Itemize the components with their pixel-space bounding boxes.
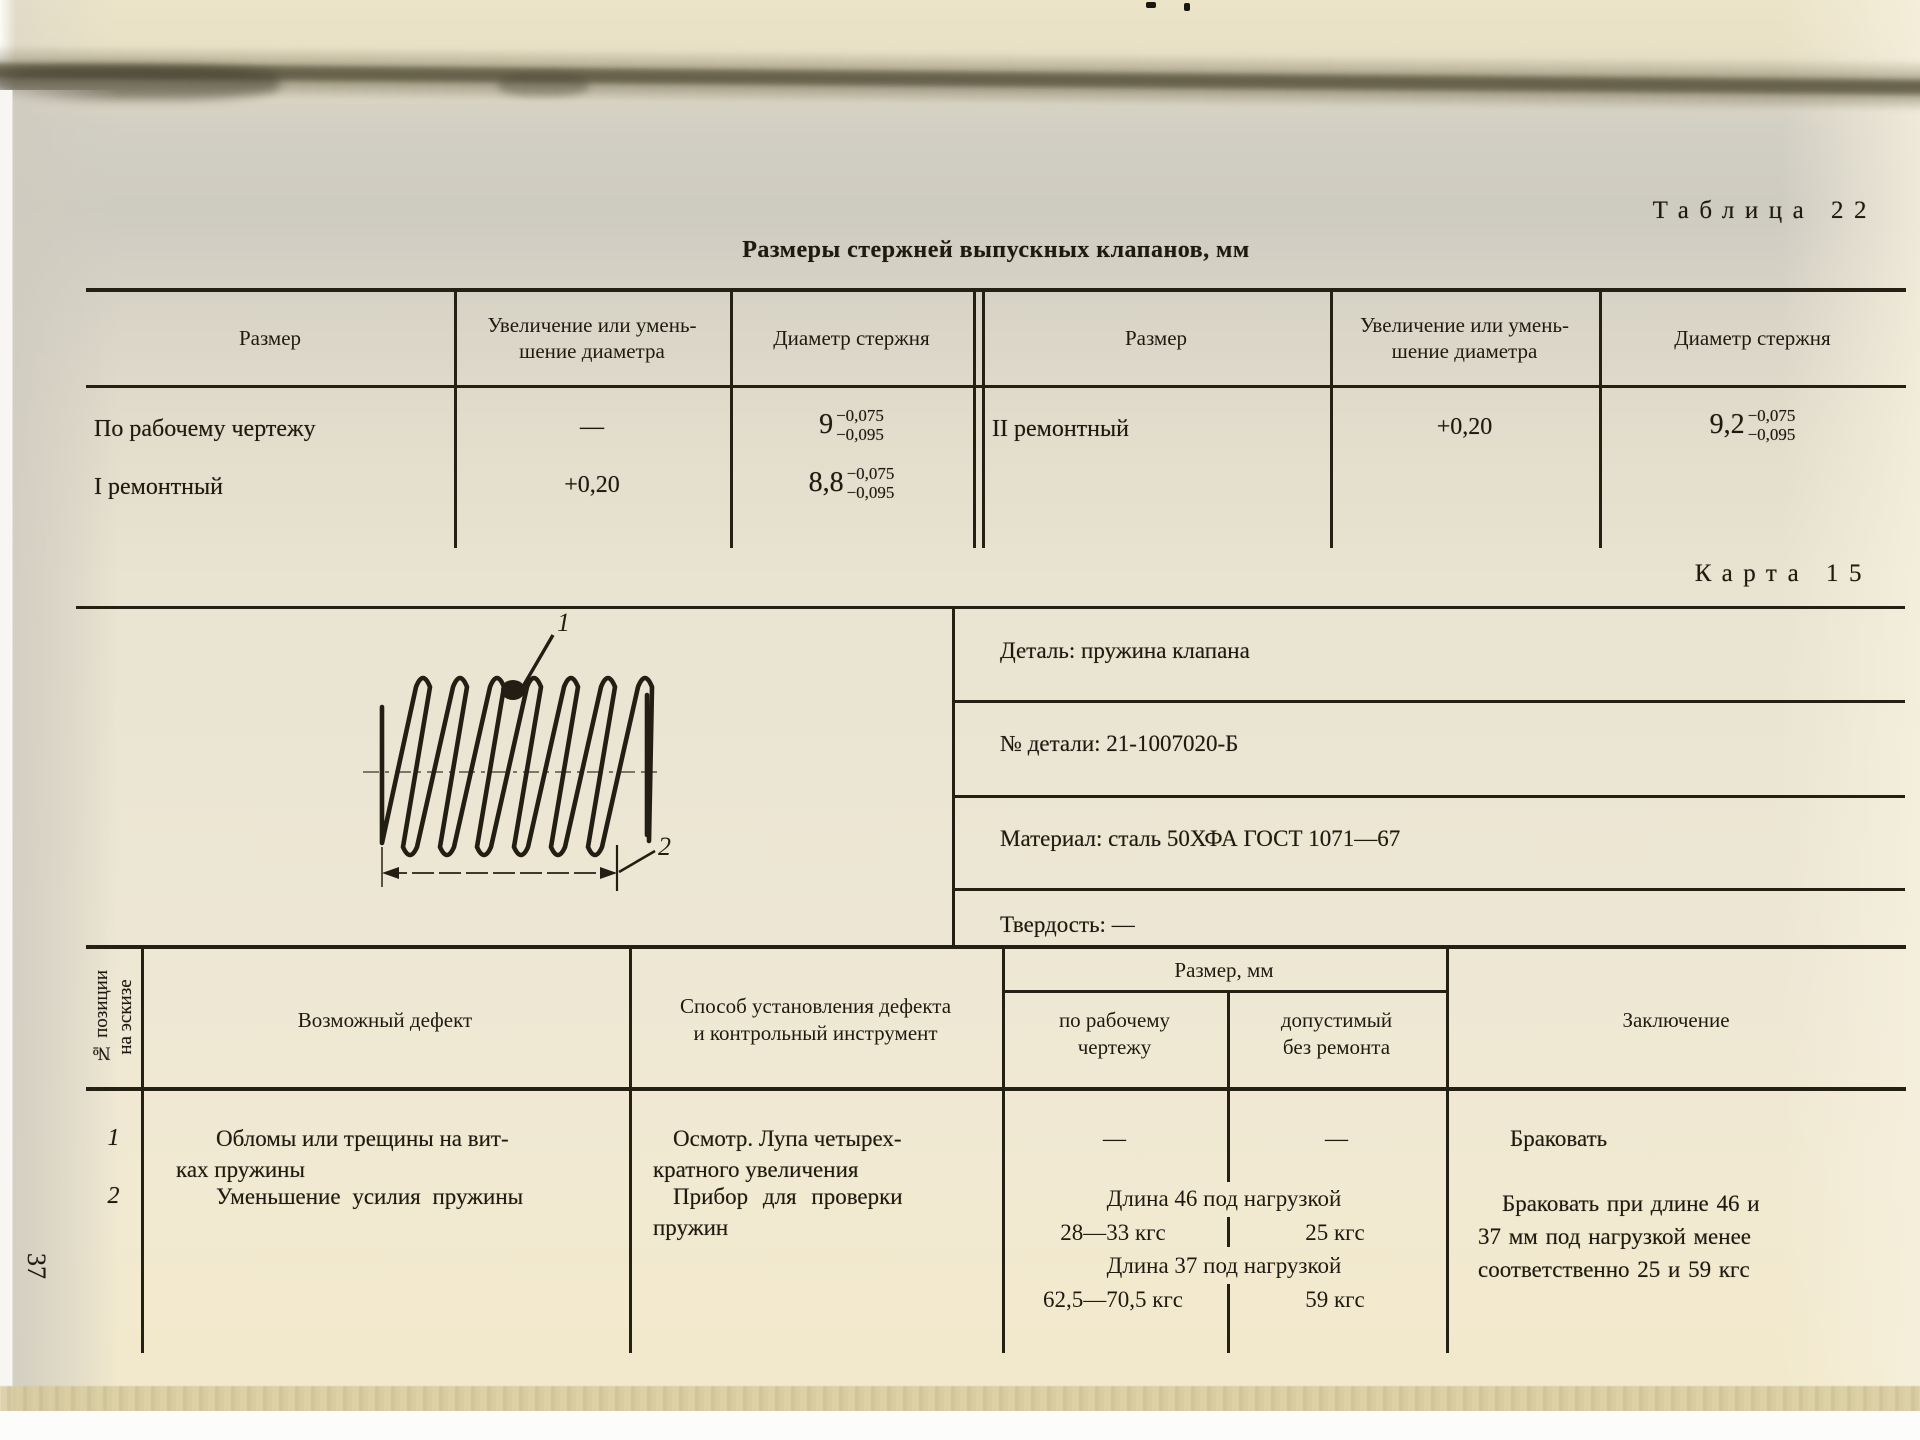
tolerance-lower: −0,095 [836,425,884,444]
table-22-caption: Таблица 22 [1653,197,1877,225]
dim-arrow-right [600,867,617,879]
position-1-leader [518,635,553,695]
valve-spring-sketch: 1 2 [325,595,725,895]
scanned-page: 37 Таблица 22 Размеры стержней выпускных… [0,0,1920,1440]
row-size-name: По рабочему чертежу [94,416,316,443]
table-22-header-rule [86,385,1906,388]
row-size-measurements: Длина 46 под нагрузкой 28—33 кгс25 кгс Д… [1002,1182,1446,1316]
tolerance-lower: −0,095 [847,483,895,502]
tolerance-lower: −0,095 [1748,425,1796,444]
diameter-base: 9 [819,409,833,441]
spring-coil-path [382,678,652,855]
col-header-position-label: № позиции на эскизе [90,970,138,1064]
karta-panel-rule [952,795,1905,798]
row-size-allowed: — [1227,1123,1446,1154]
table-22-top-rule [86,288,1906,292]
size-line-left: 28—33 кгс [1002,1217,1224,1248]
size-line-text: Длина 37 под нагрузкой [1002,1250,1446,1281]
karta-hardness-row: Твердость: — [1000,912,1135,938]
detail-label: Деталь: [1000,638,1075,663]
size-line: Длина 37 под нагрузкой [1002,1249,1446,1283]
size-line-right: 59 кгс [1224,1284,1446,1315]
dim-arrow-left [382,867,399,879]
col-header-delta: Увеличение или умень- шение диаметра [454,293,730,383]
col-header-size-allowed: допустимый без ремонта [1227,1007,1446,1061]
scan-speck [1146,2,1156,8]
col-header-size: Размер [86,293,454,383]
row-method: Прибор для проверки пружин [653,1181,998,1243]
size-line-text: Длина 46 под нагрузкой [1002,1183,1446,1214]
row-diameter: 9,2−0,075−0,095 [1599,406,1906,444]
hardness-label: Твердость: [1000,912,1106,937]
row-conclusion: Браковать [1510,1123,1900,1154]
row-defect: Уменьшение усилия пружины [176,1181,631,1212]
karta-panel-rule [952,700,1905,703]
table-22-title: Размеры стержней выпускных клапанов, мм [86,237,1906,264]
table-22-grid-line [973,292,976,548]
col-header-diameter: Диаметр стержня [730,293,973,383]
col-header-method: Способ установления дефекта и контрольны… [629,993,1002,1047]
size-line: 62,5—70,5 кгс59 кгс [1002,1283,1446,1317]
row-method: Осмотр. Лупа четырех- кратного увеличени… [653,1123,998,1185]
position-2-leader [619,851,655,872]
col-header-position: № позиции на эскизе [86,951,142,1083]
sketch-label-2: 2 [658,832,671,861]
material-label: Материал: [1000,826,1102,851]
tolerance-upper: −0,075 [836,406,884,425]
karta-material-row: Материал: сталь 50ХФА ГОСТ 1071—67 [1000,826,1400,852]
hardness-value: — [1112,912,1135,937]
defect-table-top-rule [86,945,1906,949]
row-delta: +0,20 [1330,414,1599,441]
col-header-size-drawing: по рабочему чертежу [1002,1007,1227,1061]
row-defect: Обломы или трещины на вит- ках пружины [176,1123,626,1185]
scan-speck [1184,3,1190,11]
karta-detail-row: Деталь: пружина клапана [1000,638,1250,664]
row-position: 2 [86,1181,141,1212]
page-number: 37 [21,1253,51,1313]
defect-table: № позиции на эскизе Возможный дефект Спо… [86,945,1906,1355]
row-size-name: II ремонтный [992,416,1129,443]
detail-value: пружина клапана [1081,638,1250,663]
row-position: 1 [86,1123,141,1154]
row-diameter: 9−0,075−0,095 [730,406,973,444]
size-line: 28—33 кгс25 кгс [1002,1216,1446,1250]
size-line-right: 25 кгс [1224,1217,1446,1248]
part-no-value: 21-1007020-Б [1106,731,1238,756]
col-header-conclusion: Заключение [1446,1007,1906,1034]
size-subheader-rule [1002,990,1446,993]
table-22: Размер Увеличение или умень- шение диаме… [86,288,1906,550]
row-diameter: 8,8−0,075−0,095 [730,464,973,502]
size-line: Длина 46 под нагрузкой [1002,1182,1446,1216]
row-delta: +0,20 [454,472,730,499]
page-edge-band [0,1386,1920,1412]
sketch-label-1: 1 [557,608,570,637]
col-header-size-group: Размер, мм [1002,957,1446,984]
row-size-name: I ремонтный [94,474,223,501]
defect-table-header-rule [86,1087,1906,1091]
size-line-left: 62,5—70,5 кгс [1002,1284,1224,1315]
diameter-base: 9,2 [1710,409,1745,441]
karta-caption: Карта 15 [1695,560,1872,588]
diameter-base: 8,8 [809,467,844,499]
col-header-defect: Возможный дефект [141,1007,629,1034]
tolerance-upper: −0,075 [847,464,895,483]
row-conclusion: Браковать при длине 46 и 37 мм под нагру… [1478,1187,1918,1286]
karta-panel-border [952,608,955,945]
part-no-label: № детали: [1000,731,1101,756]
tolerance-upper: −0,075 [1748,406,1796,425]
row-delta: — [454,414,730,441]
col-header-size: Размер [982,293,1330,383]
material-value: сталь 50ХФА ГОСТ 1071—67 [1108,826,1400,851]
scan-ink-blob [498,74,588,96]
karta-panel-rule [952,888,1905,891]
karta-part-no-row: № детали: 21-1007020-Б [1000,731,1238,757]
col-header-delta: Увеличение или умень- шение диаметра [1330,293,1599,383]
row-size-drawing: — [1002,1123,1227,1154]
scanner-background [0,1411,1920,1440]
col-header-diameter: Диаметр стержня [1599,293,1906,383]
